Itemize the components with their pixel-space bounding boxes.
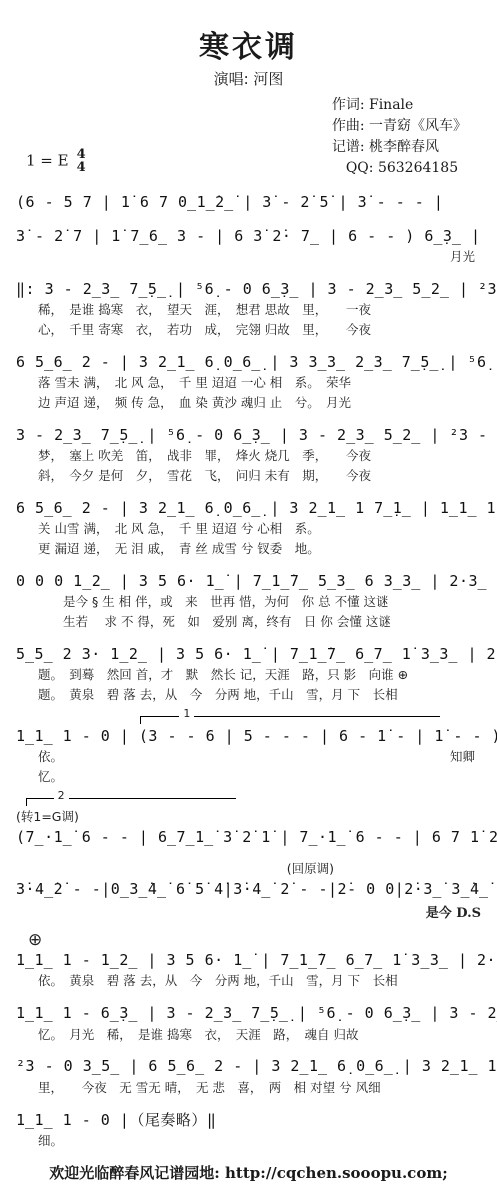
return-key-label: (回原调) — [287, 859, 491, 877]
notation-line: ‖: 3 - 2̲3̲ 7̲̣5̲̣ | ⁵6̣ - 0 6̲̣3̲ | 3 -… — [16, 278, 491, 301]
system: 6 5̲6̲ 2 - | 3 2̲1̲ 6̣ 0̲6̲̣ | 3 3̲3̲ 2̲… — [0, 351, 497, 413]
credit-line: QQ: 563264185 — [332, 158, 467, 179]
lyric-line: 更 漏迢 递， 无 泪 戚， 青 丝 成雪 兮 钗委 地。 — [16, 540, 491, 559]
notation-line: 1̲1̲ 1 - 6̲̣3̲ | 3 - 2̲3̲ 7̲̣5̲̣ | ⁵6̣ -… — [16, 1002, 491, 1025]
credits-block: 作词: Finale作曲: 一青窈《风车》记谱: 桃李醉春风QQ: 563264… — [332, 95, 467, 179]
lyric-line: 关 山雪 满， 北 风 急， 千 里 迢迢 兮 心相 系。 — [16, 520, 491, 539]
notation-line: 1̲1̲ 1 - 0 | (3 - - 6 | 5 - - - | 6 - 1̇… — [16, 725, 491, 748]
time-signature: 44 — [77, 148, 86, 175]
lyric-line: 题。 黄泉 碧 落 去，从 今 分两 地，千山 雪，月 下 长相 — [16, 686, 491, 705]
lyric-left: 依。 — [38, 748, 63, 767]
key-signature: 1 = E44 — [26, 148, 86, 179]
key-change-label: (转1=G调) — [16, 807, 491, 825]
lyric-line: 依。知卿 — [16, 748, 491, 767]
lyric-line: 稀， 是谁 捣寒 衣， 望天 涯， 想君 思故 里， 一夜 — [16, 301, 491, 320]
lyric-line: 斜， 今夕 是何 夕， 雪花 飞， 问归 未有 期， 今夜 — [16, 467, 491, 486]
notation-line: 3 - 2̲3̲ 7̲̣5̲̣ | ⁵6̣ - 0 6̲̣3̲ | 3 - 2̲… — [16, 424, 491, 447]
lyric-line: 依。 黄泉 碧 落 去，从 今 分两 地，千山 雪，月 下 长相 — [16, 972, 491, 991]
system: ‖: 3 - 2̲3̲ 7̲̣5̲̣ | ⁵6̣ - 0 6̲̣3̲ | 3 -… — [0, 278, 497, 340]
credit-line: 记谱: 桃李醉春风 — [332, 137, 467, 158]
lyric-line: 月光 — [16, 248, 491, 267]
volta-2-bracket: 2 — [26, 798, 236, 806]
volta-number: 1 — [179, 708, 194, 719]
volta-1-bracket: 1 — [140, 716, 440, 724]
performer-label: 演唱: 河图 — [0, 68, 497, 89]
notation-line: ²3 - 0 3̲5̲ | 6 5̲6̲ 2 - | 3 2̲1̲ 6̣ 0̲6… — [16, 1055, 491, 1078]
lyric-right: 知卿 — [450, 748, 475, 767]
song-title: 寒衣调 — [0, 22, 497, 66]
lyric-line: 细。 — [16, 1132, 491, 1151]
notation-line: 3̇ - 2̇ 7 | 1̇ 7̲6̲ 3 - | 6 3̇ 2̇· 7̲ | … — [16, 225, 491, 248]
footer-label: 欢迎光临醉春风记谱园地: — [49, 1164, 225, 1182]
lyric-line: 心， 千里 寄寒 衣， 若功 成， 完翎 归故 里， 今夜 — [16, 321, 491, 340]
lyric-line: 题。 到蓦 然回 首，才 默 然长 记，天涯 路，只 影 向谁 ⊕ — [16, 666, 491, 685]
system: 0 0 0 1̲2̲ | 3 5 6· 1̲̇ | 7̲1̲̇7̲ 5̲3̲ 6… — [0, 570, 497, 632]
lyric-line: 生若 求 不 得，死 如 爱别 离，终有 日 你 会懂 这谜 — [16, 613, 491, 632]
lyric-line: 边 声迢 递， 频 传 急， 血 染 黄沙 魂归 止 兮。 月光 — [16, 394, 491, 413]
lyric-line: 是今 § 生 相 伴，或 来 世再 惜，为何 你 总 不懂 这谜 — [16, 593, 491, 612]
lyric-right: 月光 — [450, 248, 475, 267]
notation-line: 1̲1̲ 1 - 0 |（尾奏略）‖ — [16, 1109, 491, 1132]
lyric-line: 忆。 月光 稀， 是谁 捣寒 衣， 天涯 路， 魂自 归故 — [16, 1026, 491, 1045]
volta-number: 2 — [54, 790, 69, 801]
lyric-line: 忆。 — [16, 768, 491, 787]
system: ²3 - 0 3̲5̲ | 6 5̲6̲ 2 - | 3 2̲1̲ 6̣ 0̲6… — [0, 1055, 497, 1097]
notation-line: (6 - 5 7 | 1̇ 6 7 0̲1̲̇2̲̇ | 3̇ - 2̇ 5̇ … — [16, 191, 491, 214]
system: 6 5̲6̲ 2 - | 3 2̲1̲ 6̣ 0̲6̲̣ | 3 2̲1̲ 1 … — [0, 497, 497, 559]
footer: 欢迎光临醉春风记谱园地: http://cqchen.sooopu.com; — [0, 1162, 497, 1183]
system: 3̇ - 2̇ 7 | 1̇ 7̲6̲ 3 - | 6 3̇ 2̇· 7̲ | … — [0, 225, 497, 267]
system: 1̲1̲ 1 - 0 |（尾奏略）‖细。 — [0, 1109, 497, 1151]
key-label: 1 = E — [26, 151, 69, 169]
system: ⊕1̲1̲ 1 - 1̲2̲ | 3 5 6· 1̲̇ | 7̲1̲̇7̲ 6̲… — [0, 932, 497, 991]
system: 5̲5̲ 2 3· 1̲2̲ | 3 5 6· 1̲̇ | 7̲1̲̇7̲ 6̲… — [0, 643, 497, 705]
system: (回原调)3̇·4̲̇2̇ - -|0̲3̲̇4̲̇ 6̇ 5̇ 4̇|3̇·4… — [0, 859, 497, 921]
footer-url: http://cqchen.sooopu.com; — [225, 1164, 448, 1182]
system: 2(转1=G调)(7̲·1̲̇ 6 - - | 6̲7̲1̲̇ 3̇ 2̇ 1̇… — [0, 798, 497, 849]
notation-line: 3̇·4̲̇2̇ - -|0̲3̲̇4̲̇ 6̇ 5̇ 4̇|3̇·4̲̇ 2̇… — [16, 878, 491, 901]
system: 1̲1̲ 1 - 6̲̣3̲ | 3 - 2̲3̲ 7̲̣5̲̣ | ⁵6̣ -… — [0, 1002, 497, 1044]
lyric-line: 梦， 塞上 吹羌 笛， 战非 罪， 烽火 烧几 季， 今夜 — [16, 447, 491, 466]
notation-line: (7̲·1̲̇ 6 - - | 6̲7̲1̲̇ 3̇ 2̇ 1̇ | 7̲·1̲… — [16, 826, 491, 849]
score: (6 - 5 7 | 1̇ 6 7 0̲1̲̇2̲̇ | 3̇ - 2̇ 5̇ … — [0, 185, 497, 1151]
lyric-line: 里， 今夜 无 雪无 晴， 无 悲 喜， 两 相 对望 兮 风细 — [16, 1079, 491, 1098]
notation-line: 5̲5̲ 2 3· 1̲2̲ | 3 5 6· 1̲̇ | 7̲1̲̇7̲ 6̲… — [16, 643, 491, 666]
system: (6 - 5 7 | 1̇ 6 7 0̲1̲̇2̲̇ | 3̇ - 2̇ 5̇ … — [0, 191, 497, 214]
system: 11̲1̲ 1 - 0 | (3 - - 6 | 5 - - - | 6 - 1… — [0, 716, 497, 787]
notation-line: 6 5̲6̲ 2 - | 3 2̲1̲ 6̣ 0̲6̲̣ | 3 2̲1̲ 1 … — [16, 497, 491, 520]
notation-line: 1̲1̲ 1 - 1̲2̲ | 3 5 6· 1̲̇ | 7̲1̲̇7̲ 6̲7… — [16, 949, 491, 972]
notation-line: 6 5̲6̲ 2 - | 3 2̲1̲ 6̣ 0̲6̲̣ | 3 3̲3̲ 2̲… — [16, 351, 491, 374]
sheet-music-page: 寒衣调 演唱: 河图 1 = E44 作词: Finale作曲: 一青窈《风车》… — [0, 0, 497, 1183]
coda-icon: ⊕ — [28, 932, 491, 949]
credit-line: 作词: Finale — [332, 95, 467, 116]
credit-line: 作曲: 一青窈《风车》 — [332, 116, 467, 137]
dal-segno-label: 是今 D.S — [16, 902, 491, 921]
system: 3 - 2̲3̲ 7̲̣5̲̣ | ⁵6̣ - 0 6̲̣3̲ | 3 - 2̲… — [0, 424, 497, 486]
meta-row: 1 = E44 作词: Finale作曲: 一青窈《风车》记谱: 桃李醉春风QQ… — [0, 95, 497, 185]
lyric-line: 落 雪未 满， 北 风 急， 千 里 迢迢 一心 相 系。 荣华 — [16, 374, 491, 393]
notation-line: 0 0 0 1̲2̲ | 3 5 6· 1̲̇ | 7̲1̲̇7̲ 5̲3̲ 6… — [16, 570, 491, 593]
